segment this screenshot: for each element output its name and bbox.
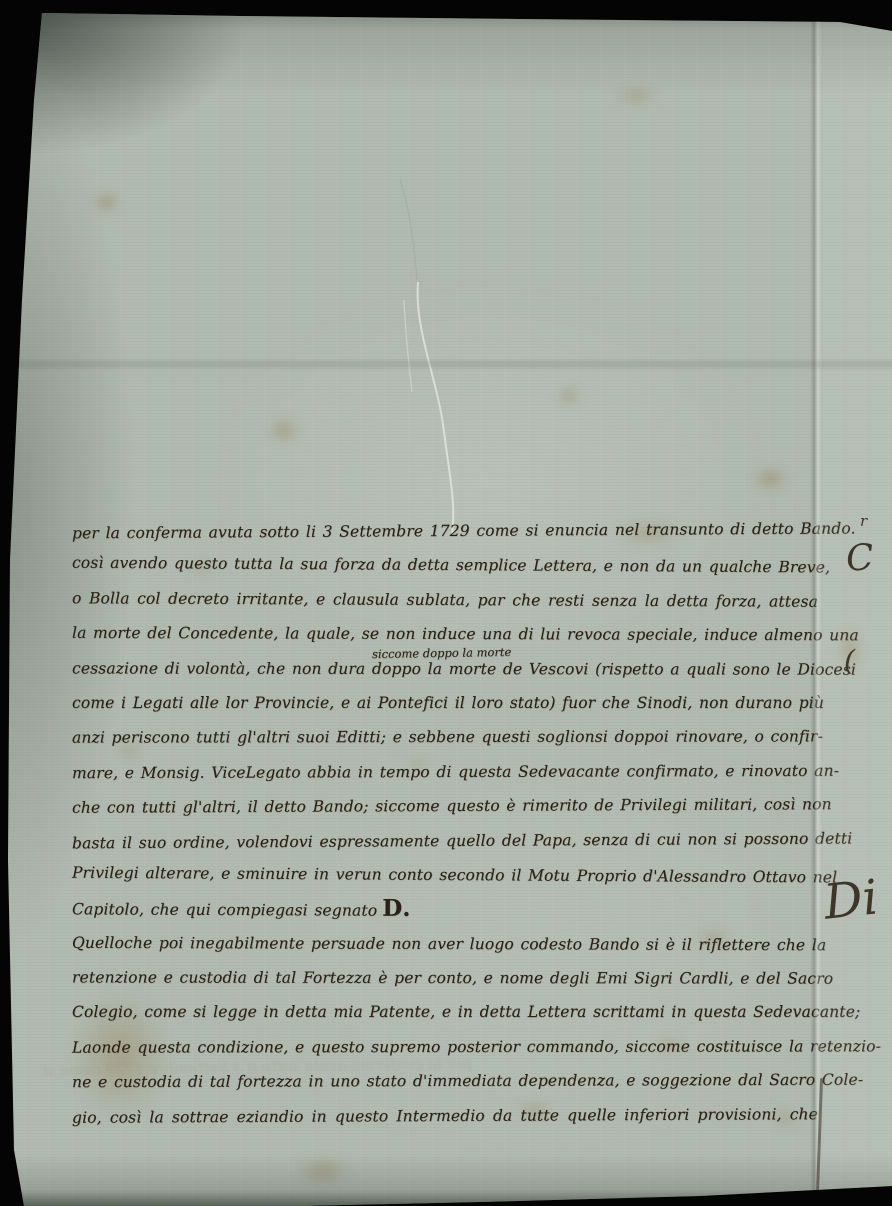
manuscript-line-text: gio, così la sottrae eziandio in questo … [72,1105,818,1127]
manuscript-line-text: retenzione e custodia di tal Fortezza è … [72,968,833,987]
manuscript-line-text: Privilegi alterare, e sminuire in verun … [72,864,837,887]
facing-page-ink-fragment: r [860,512,867,530]
manuscript-line-text: o Bolla col decreto irritante, e clausul… [72,589,818,611]
manuscript-line: come i Legati alle lor Provincie, e ai P… [72,686,818,720]
manuscript-line: Privilegi alterare, e sminuire in verun … [72,856,818,895]
manuscript-line-text: Quelloche poi inegabilmente persuade non… [72,934,826,954]
fox-stain [614,86,658,104]
manuscript-line: così avendo questo tutta la sua forza da… [72,546,818,585]
manuscript-page: per la conferma avuta sotto li 3 Settemb… [0,0,892,1206]
manuscript-line-text: Colegio, come si legge in detta mia Pate… [72,1003,860,1021]
manuscript-line-text: ne e custodia di tal fortezza in uno sta… [72,1071,863,1091]
facing-page-ink-fragment: C [845,537,875,580]
manuscript-line-text: così avendo questo tutta la sua forza da… [72,554,830,577]
fox-stain [752,466,788,492]
manuscript-line: mare, e Monsig. ViceLegato abbia in temp… [72,754,818,791]
manuscript-line: gio, così la sottrae eziandio in questo … [72,1097,818,1135]
manuscript-line: Laonde questa condizione, e questo supre… [72,1029,818,1065]
manuscript-scan: per la conferma avuta sotto li 3 Settemb… [0,0,892,1206]
manuscript-line: Quelloche poi inegabilmente persuade non… [72,926,818,963]
manuscript-line: Colegio, come si legge in detta mia Pate… [72,995,818,1029]
fox-stain [296,1156,350,1186]
manuscript-line: cessazione di volontà, che non dura dopp… [72,651,818,687]
manuscript-line: anzi periscono tutti gl'altri suoi Editt… [72,720,818,756]
interlinear-insertion: siccome doppo la morte [372,645,511,659]
manuscript-line-text: mare, e Monsig. ViceLegato abbia in temp… [72,761,839,781]
manuscript-line: ne e custodia di tal fortezza in uno sta… [72,1063,818,1100]
manuscript-line: o Bolla col decreto irritante, e clausul… [72,581,818,619]
manuscript-line-text: che con tutti gl'altri, il detto Bando; … [72,795,832,817]
manuscript-line: basta il suo ordine, volendovi espressam… [72,821,818,860]
fox-stain [92,192,120,212]
manuscript-text-block: per la conferma avuta sotto li 3 Settemb… [72,514,818,1133]
manuscript-line-text: cessazione di volontà, che non dura dopp… [72,659,856,678]
manuscript-line-text: come i Legati alle lor Provincie, e ai P… [72,694,824,712]
emphasis-letter: D. [382,895,411,922]
manuscript-line: retenzione e custodia di tal Fortezza è … [72,960,818,996]
manuscript-line: per la conferma avuta sotto li 3 Settemb… [72,512,818,551]
manuscript-line-text: basta il suo ordine, volendovi espressam… [72,829,852,852]
manuscript-line-text: per la conferma avuta sotto li 3 Settemb… [72,519,856,542]
manuscript-line-text: Laonde questa condizione, e questo supre… [72,1037,881,1056]
manuscript-line: Capitolo, che qui compiegasi segnatoD. [72,891,818,929]
manuscript-line: che con tutti gl'altri, il detto Bando; … [72,787,818,825]
manuscript-line-text: Capitolo, che qui compiegasi segnato [72,901,377,920]
fox-stain [556,386,582,406]
manuscript-line-text: anzi periscono tutti gl'altri suoi Editt… [72,728,823,747]
fox-stain [268,418,300,442]
manuscript-line-text: la morte del Concedente, la quale, se no… [72,624,859,644]
